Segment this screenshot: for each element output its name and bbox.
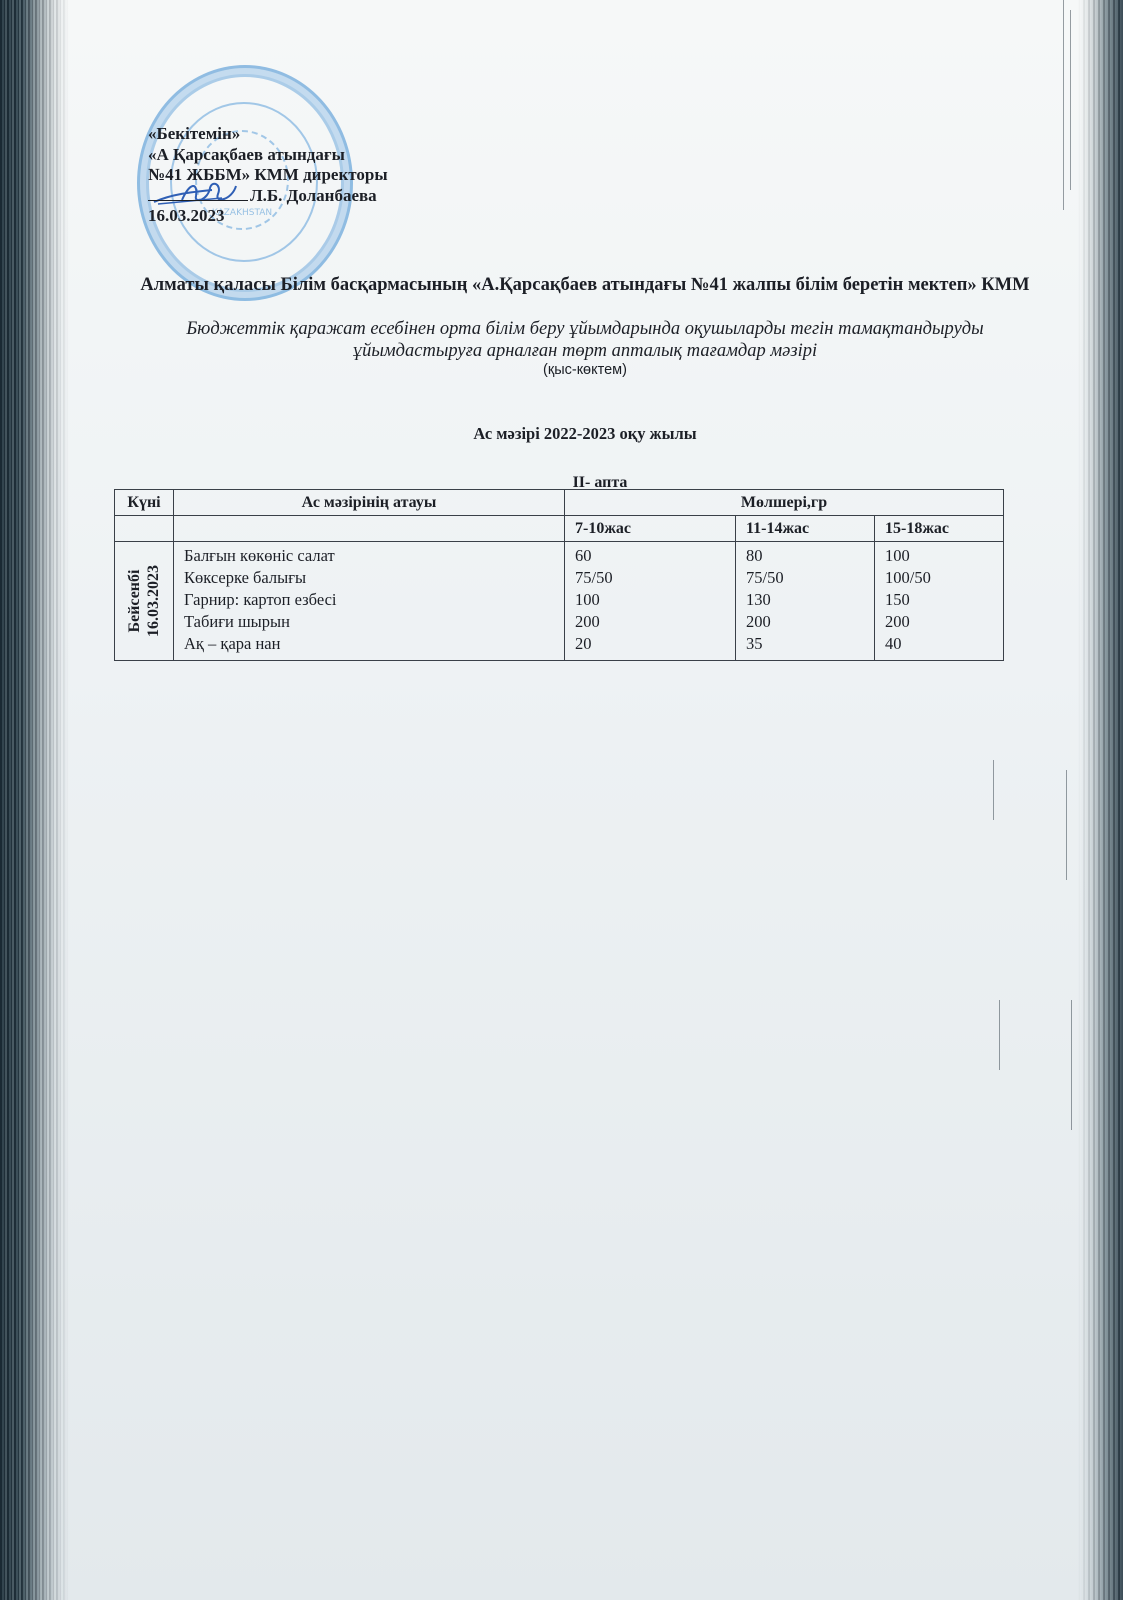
dish-item: Көксерке балығы bbox=[184, 567, 554, 589]
season-label: (қыс-көктем) bbox=[140, 362, 1030, 378]
amount-value: 80 bbox=[746, 545, 864, 567]
amounts-7-10: 60 75/50 100 200 20 bbox=[565, 542, 736, 661]
amount-value: 60 bbox=[575, 545, 725, 567]
amount-value: 200 bbox=[575, 611, 725, 633]
approval-signer-row: Л.Б. Доланбаева bbox=[148, 186, 388, 207]
amount-value: 100 bbox=[575, 589, 725, 611]
day-name: Бейсенбі bbox=[125, 565, 144, 637]
academic-year-heading: Ас мәзірі 2022-2023 оқу жылы bbox=[140, 424, 1030, 444]
amount-value: 35 bbox=[746, 633, 864, 655]
table-row: Бейсенбі 16.03.2023 Балғын көкөніс салат… bbox=[115, 542, 1004, 661]
scan-streak bbox=[1070, 10, 1071, 190]
scan-streak bbox=[993, 760, 994, 820]
menu-table: Күні Ас мәзірінің атауы Мөлшері,гр 7-10ж… bbox=[114, 489, 1004, 661]
scan-streak bbox=[1063, 0, 1064, 210]
amount-value: 20 bbox=[575, 633, 725, 655]
dish-item: Балғын көкөніс салат bbox=[184, 545, 554, 567]
amount-value: 150 bbox=[885, 589, 993, 611]
approval-block: «Бекітемін» «А Қарсақбаев атындағы №41 Ж… bbox=[148, 124, 388, 227]
day-cell: Бейсенбі 16.03.2023 bbox=[115, 542, 174, 661]
dish-item: Гарнир: картоп езбесі bbox=[184, 589, 554, 611]
dish-list: Балғын көкөніс салат Көксерке балығы Гар… bbox=[174, 542, 565, 661]
scan-edge-right bbox=[1078, 0, 1123, 1600]
document-subtitle: Бюджеттік қаражат есебінен орта білім бе… bbox=[140, 318, 1030, 362]
approval-line-3: №41 ЖББМ» КММ директоры bbox=[148, 165, 388, 186]
table-header-row: Күні Ас мәзірінің атауы Мөлшері,гр bbox=[115, 490, 1004, 516]
table-subheader-row: 7-10жас 11-14жас 15-18жас bbox=[115, 516, 1004, 542]
approval-line-2: «А Қарсақбаев атындағы bbox=[148, 145, 388, 166]
scan-edge-left bbox=[0, 0, 70, 1600]
approval-signer: Л.Б. Доланбаева bbox=[250, 186, 377, 205]
amount-value: 200 bbox=[885, 611, 993, 633]
day-date: 16.03.2023 bbox=[144, 565, 163, 637]
header-day: Күні bbox=[115, 490, 174, 516]
approval-line-1: «Бекітемін» bbox=[148, 124, 388, 145]
subheader-empty bbox=[174, 516, 565, 542]
header-age-15-18: 15-18жас bbox=[875, 516, 1004, 542]
dish-item: Ақ – қара нан bbox=[184, 633, 554, 655]
amount-value: 75/50 bbox=[746, 567, 864, 589]
document-title: Алматы қаласы Білім басқармасының «А.Қар… bbox=[140, 274, 1030, 296]
scan-streak bbox=[1066, 770, 1067, 880]
amounts-15-18: 100 100/50 150 200 40 bbox=[875, 542, 1004, 661]
amount-value: 100/50 bbox=[885, 567, 993, 589]
header-amount: Мөлшері,гр bbox=[565, 490, 1004, 516]
amount-value: 75/50 bbox=[575, 567, 725, 589]
header-dish-name: Ас мәзірінің атауы bbox=[174, 490, 565, 516]
subheader-empty bbox=[115, 516, 174, 542]
amount-value: 200 bbox=[746, 611, 864, 633]
signature-line bbox=[148, 200, 248, 201]
header-age-11-14: 11-14жас bbox=[736, 516, 875, 542]
day-label: Бейсенбі 16.03.2023 bbox=[125, 565, 163, 637]
approval-date: 16.03.2023 bbox=[148, 206, 388, 227]
scan-streak bbox=[999, 1000, 1000, 1070]
scanned-page: KAZAKHSTAN «Бекітемін» «А Қарсақбаев аты… bbox=[0, 0, 1123, 1600]
scan-streak bbox=[1071, 1000, 1072, 1130]
header-age-7-10: 7-10жас bbox=[565, 516, 736, 542]
amount-value: 40 bbox=[885, 633, 993, 655]
amounts-11-14: 80 75/50 130 200 35 bbox=[736, 542, 875, 661]
amount-value: 100 bbox=[885, 545, 993, 567]
dish-item: Табиғи шырын bbox=[184, 611, 554, 633]
amount-value: 130 bbox=[746, 589, 864, 611]
